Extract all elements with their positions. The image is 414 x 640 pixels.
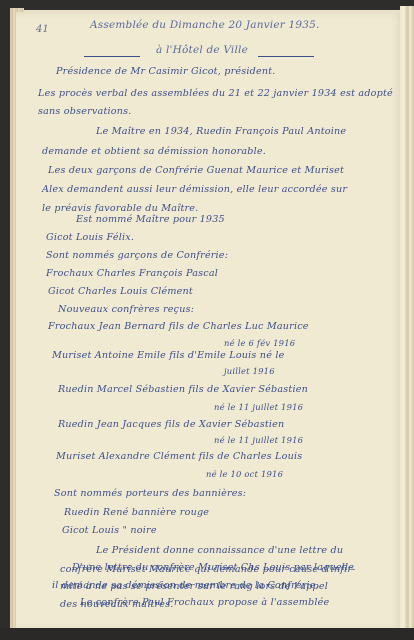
binding-edge bbox=[400, 6, 414, 636]
text-line: Gicot Louis Félix. bbox=[46, 232, 134, 243]
text-line: sans observations. bbox=[38, 106, 132, 117]
text-line: né le 10 oct 1916 bbox=[206, 469, 283, 479]
text-line: Est nommé Maître pour 1935 bbox=[76, 214, 225, 225]
text-line: Le Maître en 1934, Ruedin François Paul … bbox=[96, 126, 346, 137]
text-line: Les deux garçons de Confrérie Guenat Mau… bbox=[48, 165, 344, 176]
title-rule-right bbox=[258, 56, 314, 57]
text-line: Le confrère Paul Frochaux propose à l'as… bbox=[80, 597, 329, 608]
title-rule-left bbox=[84, 56, 140, 57]
text-line: Les procès verbal des assemblées du 21 e… bbox=[38, 88, 393, 99]
text-line: Le Président donne connaissance d'une le… bbox=[96, 545, 343, 556]
text-line: Ruedin Marcel Sébastien fils de Xavier S… bbox=[58, 384, 308, 395]
text-line: Frochaux Charles François Pascal bbox=[46, 268, 218, 279]
text-line: né le 11 juillet 1916 bbox=[214, 402, 303, 412]
text-line: né le 6 fév 1916 bbox=[224, 338, 295, 348]
scan-background bbox=[0, 628, 414, 640]
presidency-line: Présidence de Mr Casimir Gicot, présiden… bbox=[56, 66, 276, 77]
text-line: Muriset Antoine Emile fils d'Emile Louis… bbox=[52, 350, 284, 361]
text-line: né le 11 juillet 1916 bbox=[214, 435, 303, 445]
text-line: Ruedin René bannière rouge bbox=[64, 507, 209, 518]
text-line: Sont nommés porteurs des bannières: bbox=[54, 488, 246, 499]
text-line: Ruedin Jean Jacques fils de Xavier Sébas… bbox=[58, 419, 284, 430]
document-title: Assemblée du Dimanche 20 Janvier 1935. bbox=[90, 19, 320, 31]
text-line: le préavis favorable du Maître. bbox=[42, 203, 198, 214]
page-number: 41 bbox=[36, 24, 49, 35]
text-line: Muriset Alexandre Clément fils de Charle… bbox=[56, 451, 302, 462]
text-line: juillet 1916 bbox=[224, 366, 275, 376]
text-line: Alex demandent aussi leur démission, ell… bbox=[42, 184, 347, 195]
text-line: D'une lettre du confrère Muriset Chs Lou… bbox=[72, 562, 354, 573]
text-line: Gicot Charles Louis Clément bbox=[48, 286, 193, 297]
text-line: Sont nommés garçons de Confrérie: bbox=[46, 250, 228, 261]
text-line: Gicot Louis " noire bbox=[62, 525, 157, 536]
document-location: à l'Hôtel de Ville bbox=[156, 44, 248, 56]
text-line: Frochaux Jean Bernard fils de Charles Lu… bbox=[48, 321, 309, 332]
text-line: demande et obtient sa démission honorabl… bbox=[42, 146, 266, 157]
text-line: il demande sa démission de membre de la … bbox=[52, 580, 319, 591]
text-line: Nouveaux confrères reçus: bbox=[58, 304, 194, 315]
